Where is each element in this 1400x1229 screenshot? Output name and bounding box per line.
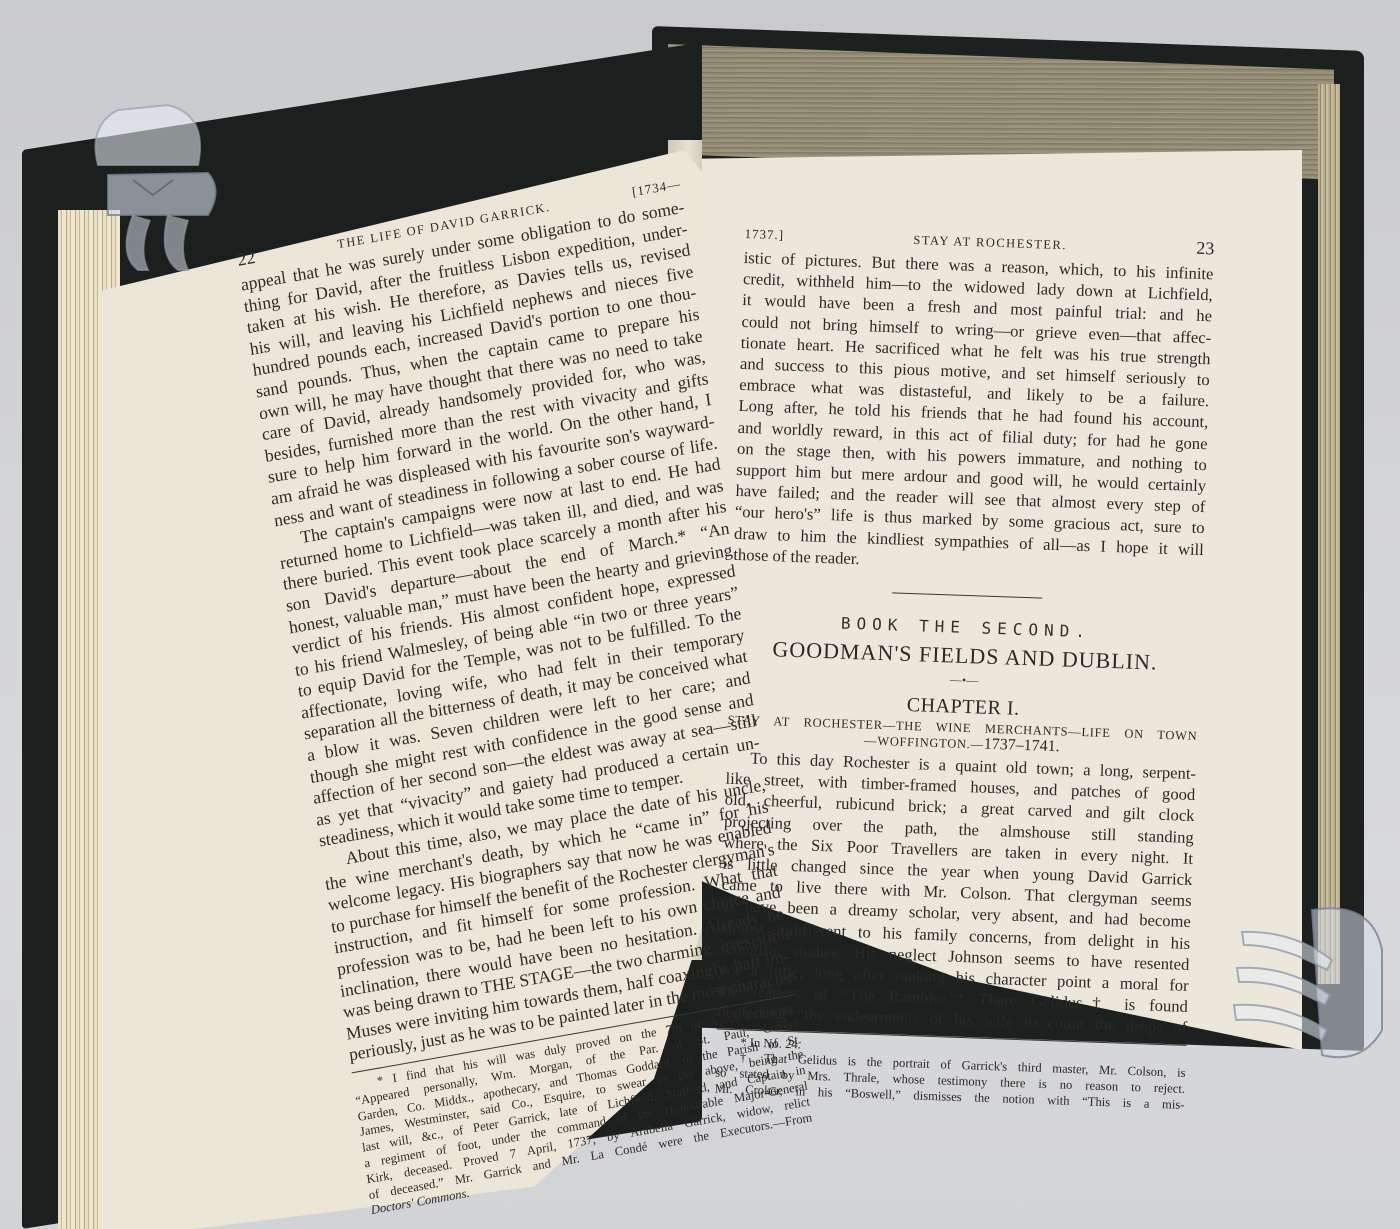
chapter-body-text: To this day Rochester is a quaint old to…: [717, 747, 1196, 1039]
right-page-text: 1737.] STAY AT ROCHESTER. 23 istic of pi…: [714, 222, 1214, 1114]
date-bracket: [1734—: [631, 176, 682, 200]
page-clip-top-left: [58, 55, 238, 285]
page-number: 22: [236, 247, 257, 271]
page-number: 23: [1196, 238, 1215, 260]
date-bracket: 1737.]: [744, 226, 784, 243]
synopsis-text: —WOFFINGTON.—: [864, 734, 984, 752]
photo-scene: 22 THE LIFE OF DAVID GARRICK. [1734— app…: [0, 0, 1400, 1229]
running-title: STAY AT ROCHESTER.: [913, 233, 1067, 253]
right-body-text: istic of pictures. But there was a reaso…: [733, 247, 1214, 581]
clear-plastic-clip-icon: [1232, 890, 1400, 1070]
page-block-fore-edge: [1318, 84, 1340, 984]
section-separator: [892, 592, 1042, 598]
clear-plastic-clip-icon: [58, 55, 238, 285]
page-clip-right: [1232, 890, 1400, 1070]
synopsis-years: 1737–1741.: [983, 736, 1060, 756]
